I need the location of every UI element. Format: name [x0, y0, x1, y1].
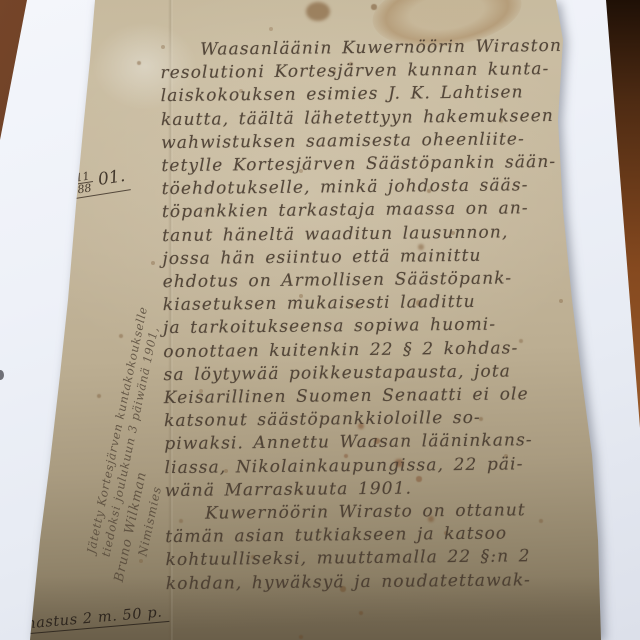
document-shadow-wrapper: /21128801. Waasanläänin Kuwernöörin Wira… — [0, 0, 640, 640]
body-line: liassa, Nikolainkaupungissa, 22 päi- — [164, 453, 566, 480]
body-line: kohdan, hywäksyä ja noudatettawak- — [166, 569, 568, 596]
body-line: tanut häneltä waaditun lausunnon, — [162, 221, 564, 248]
document-page: /21128801. Waasanläänin Kuwernöörin Wira… — [0, 0, 640, 640]
reference-denominator: 288 — [67, 182, 95, 197]
ink-stain-spot — [306, 2, 330, 21]
body-line: ehdotus on Armollisen Säästöpank- — [163, 267, 565, 294]
handwritten-body-text: Waasanläänin Kuwernöörin Wiraston resolu… — [160, 35, 568, 596]
reference-fraction: 211288 — [65, 170, 95, 197]
reference-year: 01. — [97, 166, 127, 190]
foxing-spots — [0, 0, 2, 2]
photo-background-surface: /21128801. Waasanläänin Kuwernöörin Wira… — [0, 0, 640, 640]
reference-mark: / — [56, 171, 67, 197]
body-line: Keisarillinen Suomen Senaatti ei ole — [164, 383, 566, 410]
